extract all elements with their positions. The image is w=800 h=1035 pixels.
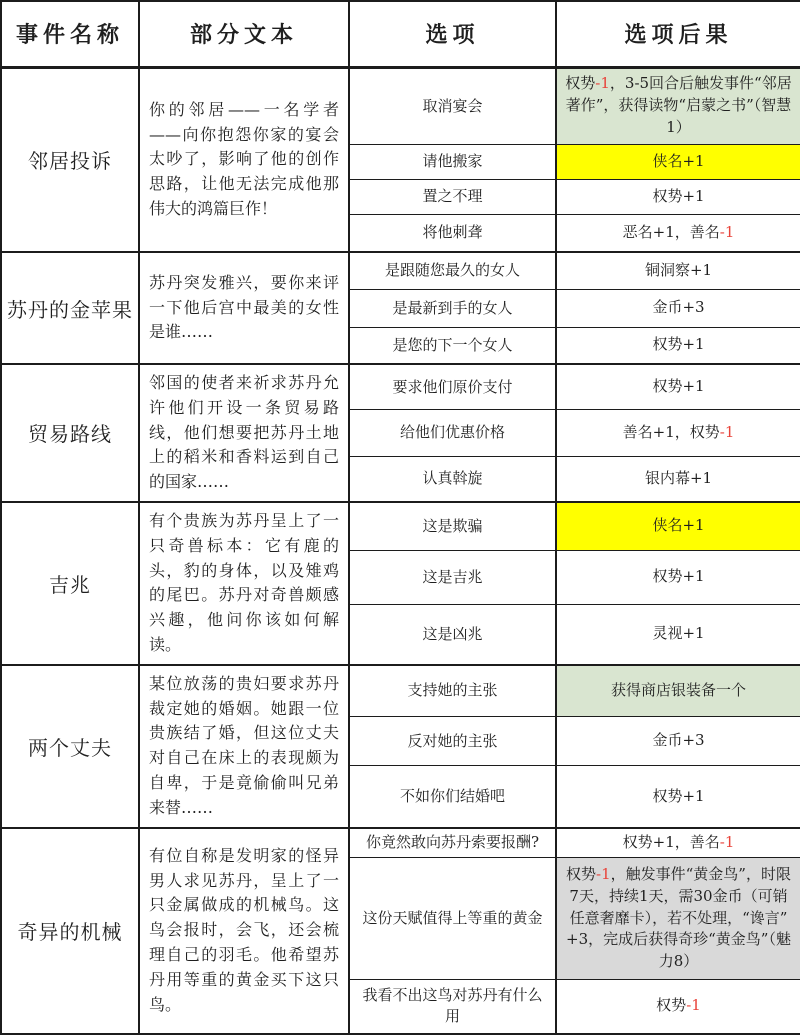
option-row: 邻居投诉 你的邻居——一名学者——向你抱怨你家的宴会太吵了，影响了他的创作思路，… <box>1 67 800 144</box>
option-row: 苏丹的金苹果 苏丹突发雅兴，要你来评一下他后宫中最美的女性是谁…… 是跟随您最久… <box>1 252 800 289</box>
option-row: 吉兆 有个贵族为苏丹呈上了一只奇兽标本：它有鹿的头，豹的身体，以及雉鸡的尾巴。苏… <box>1 502 800 550</box>
result-cell: 权势+1 <box>556 766 800 828</box>
result-cell: 权势-1，触发事件“黄金鸟”，时限7天，持续1天，需30金币（可销任意奢靡卡），… <box>556 858 800 980</box>
header-event-name: 事件名称 <box>1 1 139 67</box>
header-partial-text: 部分文本 <box>139 1 349 67</box>
option-cell: 给他们优惠价格 <box>349 410 556 457</box>
result-cell: 权势+1，善名-1 <box>556 828 800 858</box>
header-consequences: 选项后果 <box>556 1 800 67</box>
event-text-cell: 某位放荡的贵妇要求苏丹裁定她的婚姻。她跟一位贵族结了婚，但这位丈夫对自己在床上的… <box>139 665 349 828</box>
result-cell: 侠名+1 <box>556 144 800 179</box>
option-cell: 不如你们结婚吧 <box>349 766 556 828</box>
event-name-cell: 奇异的机械 <box>1 828 139 1034</box>
event-text-cell: 有位自称是发明家的怪异男人求见苏丹，呈上了一只金属做成的机械鸟。这鸟会报时，会飞… <box>139 828 349 1034</box>
option-cell: 认真斡旋 <box>349 456 556 502</box>
event-name-cell: 苏丹的金苹果 <box>1 252 139 364</box>
option-cell: 是跟随您最久的女人 <box>349 252 556 289</box>
result-cell: 灵视+1 <box>556 604 800 664</box>
result-cell: 金币+3 <box>556 717 800 766</box>
event-name-cell: 邻居投诉 <box>1 67 139 252</box>
event-text-cell: 邻国的使者来祈求苏丹允许他们开设一条贸易路线，他们想要把苏丹土地上的稻米和香料运… <box>139 364 349 502</box>
event-text-cell: 有个贵族为苏丹呈上了一只奇兽标本：它有鹿的头，豹的身体，以及雉鸡的尾巴。苏丹对奇… <box>139 502 349 665</box>
option-row: 两个丈夫 某位放荡的贵妇要求苏丹裁定她的婚姻。她跟一位贵族结了婚，但这位丈夫对自… <box>1 665 800 717</box>
result-cell: 侠名+1 <box>556 502 800 550</box>
option-row: 贸易路线 邻国的使者来祈求苏丹允许他们开设一条贸易路线，他们想要把苏丹土地上的稻… <box>1 364 800 410</box>
option-cell: 你竟然敢向苏丹索要报酬? <box>349 828 556 858</box>
header-row: 事件名称 部分文本 选项 选项后果 <box>1 1 800 67</box>
result-cell: 铜洞察+1 <box>556 252 800 289</box>
result-cell: 金币+3 <box>556 289 800 327</box>
option-cell: 支持她的主张 <box>349 665 556 717</box>
option-cell: 请他搬家 <box>349 144 556 179</box>
event-name-cell: 贸易路线 <box>1 364 139 502</box>
option-cell: 取消宴会 <box>349 67 556 144</box>
option-cell: 这是吉兆 <box>349 550 556 604</box>
option-cell: 我看不出这鸟对苏丹有什么用 <box>349 980 556 1034</box>
option-cell: 反对她的主张 <box>349 717 556 766</box>
result-cell: 权势-1，3-5回合后触发事件“邻居著作”，获得读物“启蒙之书”（智慧1） <box>556 67 800 144</box>
option-cell: 置之不理 <box>349 179 556 214</box>
event-name-cell: 两个丈夫 <box>1 665 139 828</box>
events-table: 事件名称 部分文本 选项 选项后果 邻居投诉 你的邻居——一名学者——向你抱怨你… <box>0 0 800 1035</box>
option-cell: 要求他们原价支付 <box>349 364 556 410</box>
option-cell: 这是欺骗 <box>349 502 556 550</box>
result-cell: 权势-1 <box>556 980 800 1034</box>
result-cell: 银内幕+1 <box>556 456 800 502</box>
option-cell: 将他刺聋 <box>349 214 556 252</box>
option-cell: 这是凶兆 <box>349 604 556 664</box>
option-cell: 这份天赋值得上等重的黄金 <box>349 858 556 980</box>
event-text-cell: 苏丹突发雅兴，要你来评一下他后宫中最美的女性是谁…… <box>139 252 349 364</box>
event-text-cell: 你的邻居——一名学者——向你抱怨你家的宴会太吵了，影响了他的创作思路，让他无法完… <box>139 67 349 252</box>
result-cell: 恶名+1，善名-1 <box>556 214 800 252</box>
result-cell: 权势+1 <box>556 327 800 364</box>
header-options: 选项 <box>349 1 556 67</box>
result-cell: 获得商店银装备一个 <box>556 665 800 717</box>
result-cell: 善名+1，权势-1 <box>556 410 800 457</box>
option-cell: 是您的下一个女人 <box>349 327 556 364</box>
result-cell: 权势+1 <box>556 550 800 604</box>
event-name-cell: 吉兆 <box>1 502 139 665</box>
option-cell: 是最新到手的女人 <box>349 289 556 327</box>
result-cell: 权势+1 <box>556 179 800 214</box>
result-cell: 权势+1 <box>556 364 800 410</box>
option-row: 奇异的机械 有位自称是发明家的怪异男人求见苏丹，呈上了一只金属做成的机械鸟。这鸟… <box>1 828 800 858</box>
